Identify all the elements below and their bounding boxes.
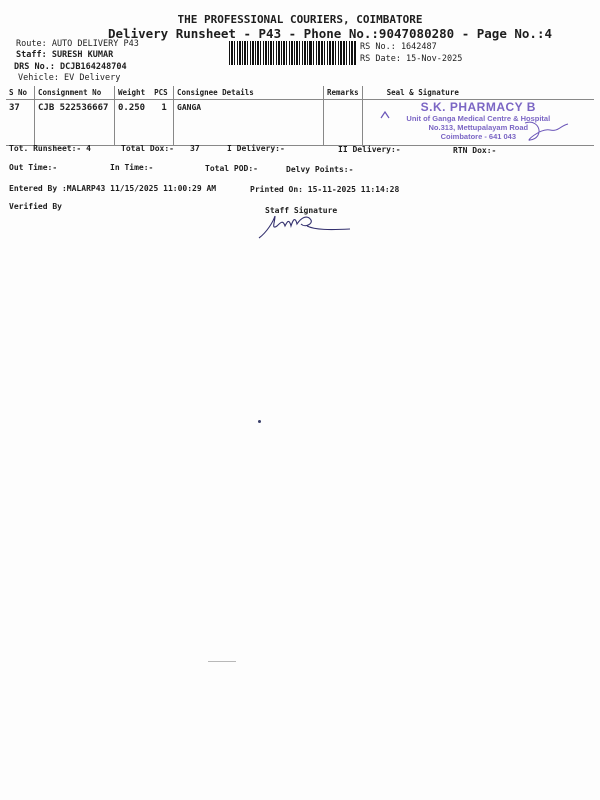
runsheet-subtitle: Delivery Runsheet - P43 - Phone No.:9047… — [108, 26, 552, 41]
in-time: In Time:- — [110, 163, 153, 172]
receiver-signature-icon — [520, 118, 570, 148]
total-pod: Total POD:- — [205, 164, 258, 173]
barcode — [229, 41, 310, 65]
ink-speck — [258, 420, 261, 423]
cell-sno: 37 — [6, 100, 35, 146]
total-dox-label: Total Dox:- — [121, 144, 174, 153]
col-consignment: Consignment No — [35, 86, 115, 100]
tot-runsheet: Tot. Runsheet:- 4 — [9, 144, 91, 153]
cell-consignee: GANGA — [174, 100, 324, 146]
entered-by: Entered By :MALARP43 11/15/2025 11:00:29… — [9, 184, 216, 193]
route: Route: AUTO DELIVERY P43 — [16, 39, 139, 49]
verified-by: Verified By — [9, 202, 62, 211]
runsheet-table: S No Consignment No Weight PCS Consignee… — [6, 86, 594, 146]
faint-mark — [208, 661, 236, 662]
col-consignee: Consignee Details — [174, 86, 324, 100]
drs-no: DRS No.: DCJB164248704 — [14, 62, 127, 72]
rs-date: RS Date: 15-Nov-2025 — [360, 54, 462, 64]
rs-no: RS No.: 1642487 — [360, 42, 437, 52]
total-dox-value: 37 — [190, 144, 200, 153]
out-time: Out Time:- — [9, 163, 57, 172]
cell-consignment: CJB 522536667 — [35, 100, 115, 146]
table-row: 37 CJB 522536667 0.250 1 GANGA S.K. PHAR… — [6, 100, 594, 146]
vehicle: Vehicle: EV Delivery — [18, 73, 120, 83]
col-seal: Seal & Signature — [362, 86, 594, 100]
ii-delivery: II Delivery:- — [338, 145, 401, 154]
staff-signature-icon — [255, 212, 355, 242]
barcode-right — [310, 41, 356, 65]
staff: Staff: SURESH KUMAR — [16, 50, 113, 60]
cell-weight-pcs: 0.250 1 — [115, 100, 174, 146]
col-weight-pcs: Weight PCS — [115, 86, 174, 100]
printed-on: Printed On: 15-11-2025 11:14:28 — [250, 185, 399, 194]
rtn-dox: RTN Dox:- — [453, 146, 496, 155]
i-delivery: I Delivery:- — [227, 144, 285, 153]
cell-remarks — [324, 100, 363, 146]
delvy-points: Delvy Points:- — [286, 165, 353, 174]
company-title: THE PROFESSIONAL COURIERS, COIMBATORE — [0, 13, 600, 26]
col-remarks: Remarks — [324, 86, 363, 100]
stamp-mark-icon — [380, 110, 392, 120]
col-sno: S No — [6, 86, 35, 100]
